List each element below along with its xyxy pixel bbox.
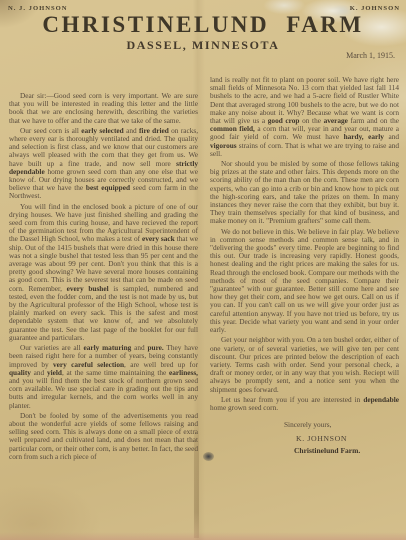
paper-crease bbox=[194, 420, 199, 538]
right-column-text: land is really not fit to plant on poore… bbox=[210, 76, 399, 412]
farm-location: DASSEL, MINNESOTA bbox=[0, 38, 406, 53]
farm-title: CHRISTINELUND FARM bbox=[0, 12, 406, 38]
valediction: Sincerely yours, bbox=[210, 421, 399, 429]
paragraph: Our seed corn is all early selected and … bbox=[9, 127, 198, 201]
paragraph: land is really not fit to plant on poore… bbox=[210, 76, 399, 158]
paragraph: Get your neighbor with you. On a ten bus… bbox=[210, 336, 399, 393]
paragraph: Nor should you be misled by some of thos… bbox=[210, 160, 399, 226]
paragraph: You will find in the enclosed book a pic… bbox=[9, 203, 198, 342]
letter-body: Dear sir:—Good seed corn is very importa… bbox=[9, 76, 399, 463]
letter-page: N. J. JOHNSON K. JOHNSON CHRISTINELUND F… bbox=[0, 0, 406, 540]
signature-farm: Christinelund Farm. bbox=[210, 447, 399, 455]
right-column: land is really not fit to plant on poore… bbox=[210, 76, 399, 463]
letterhead-name-left: N. J. JOHNSON bbox=[8, 5, 68, 12]
letter-date: March 1, 1915. bbox=[346, 51, 395, 60]
letterhead-name-right: K. JOHNSON bbox=[350, 5, 400, 12]
left-column: Dear sir:—Good seed corn is very importa… bbox=[9, 76, 198, 463]
closing-block: Sincerely yours, K. JOHNSON Christinelun… bbox=[210, 421, 399, 455]
signature-name: K. JOHNSON bbox=[210, 435, 399, 443]
paragraph: We do not believe in this. We believe in… bbox=[210, 228, 399, 335]
paragraph: Don't be fooled by some of the advertise… bbox=[9, 412, 198, 461]
paragraph: Let us hear from you if you are interest… bbox=[210, 396, 399, 412]
paragraph: Our varieties are all early maturing and… bbox=[9, 344, 198, 410]
paragraph: Dear sir:—Good seed corn is very importa… bbox=[9, 92, 198, 125]
ink-blot bbox=[203, 452, 214, 461]
